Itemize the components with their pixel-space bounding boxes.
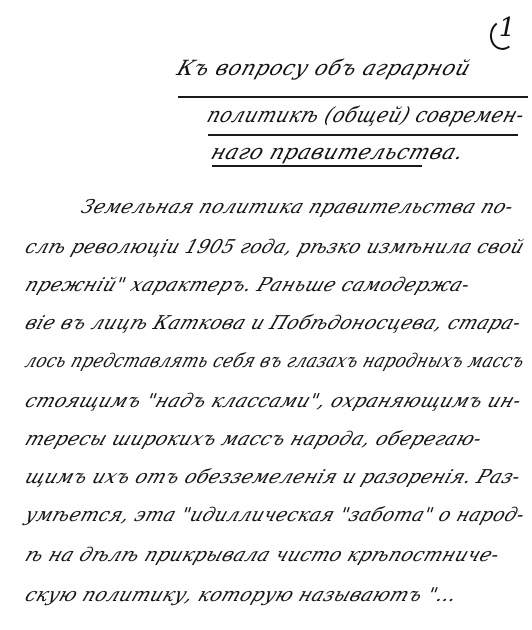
body-line: тересы широкихъ массъ народа, оберегаю- <box>22 428 485 450</box>
title-underline-1 <box>178 96 528 98</box>
page-number: 1 <box>494 8 520 48</box>
body-line: Земельная политика правительства по- <box>78 196 517 218</box>
title-underline-2 <box>208 134 518 136</box>
title-line-1: Къ вопросу объ аграрной <box>174 56 474 80</box>
body-line: слѣ революціи 1905 года, рѣзко измѣнила … <box>22 236 527 258</box>
body-line: стоящимъ "надъ классами", охраняющимъ ин… <box>22 390 525 412</box>
body-line: умѣется, эта "идиллическая "забота" о на… <box>22 504 527 526</box>
body-line: віе въ лицѣ Каткова и Побѣдоносцева, ста… <box>22 312 524 334</box>
title-line-2: политикѣ (общей) современ- <box>204 103 528 127</box>
body-line: скую политику, которую называютъ "... <box>22 584 460 606</box>
body-line: ѣ на дѣлѣ прикрывала чисто крѣпостниче- <box>22 544 503 566</box>
body-line: прежній" характеръ. Раньше самодержа- <box>22 274 473 296</box>
title-underline-3 <box>212 165 422 167</box>
body-line: лось представлять себя въ глазахъ народн… <box>22 350 527 372</box>
body-line: щимъ ихъ отъ обезземеленія и разоренія. … <box>22 466 524 488</box>
manuscript-page: 1 Къ вопросу объ аграрной политикѣ (обще… <box>0 0 532 630</box>
title-line-3: наго правительства. <box>208 140 467 164</box>
